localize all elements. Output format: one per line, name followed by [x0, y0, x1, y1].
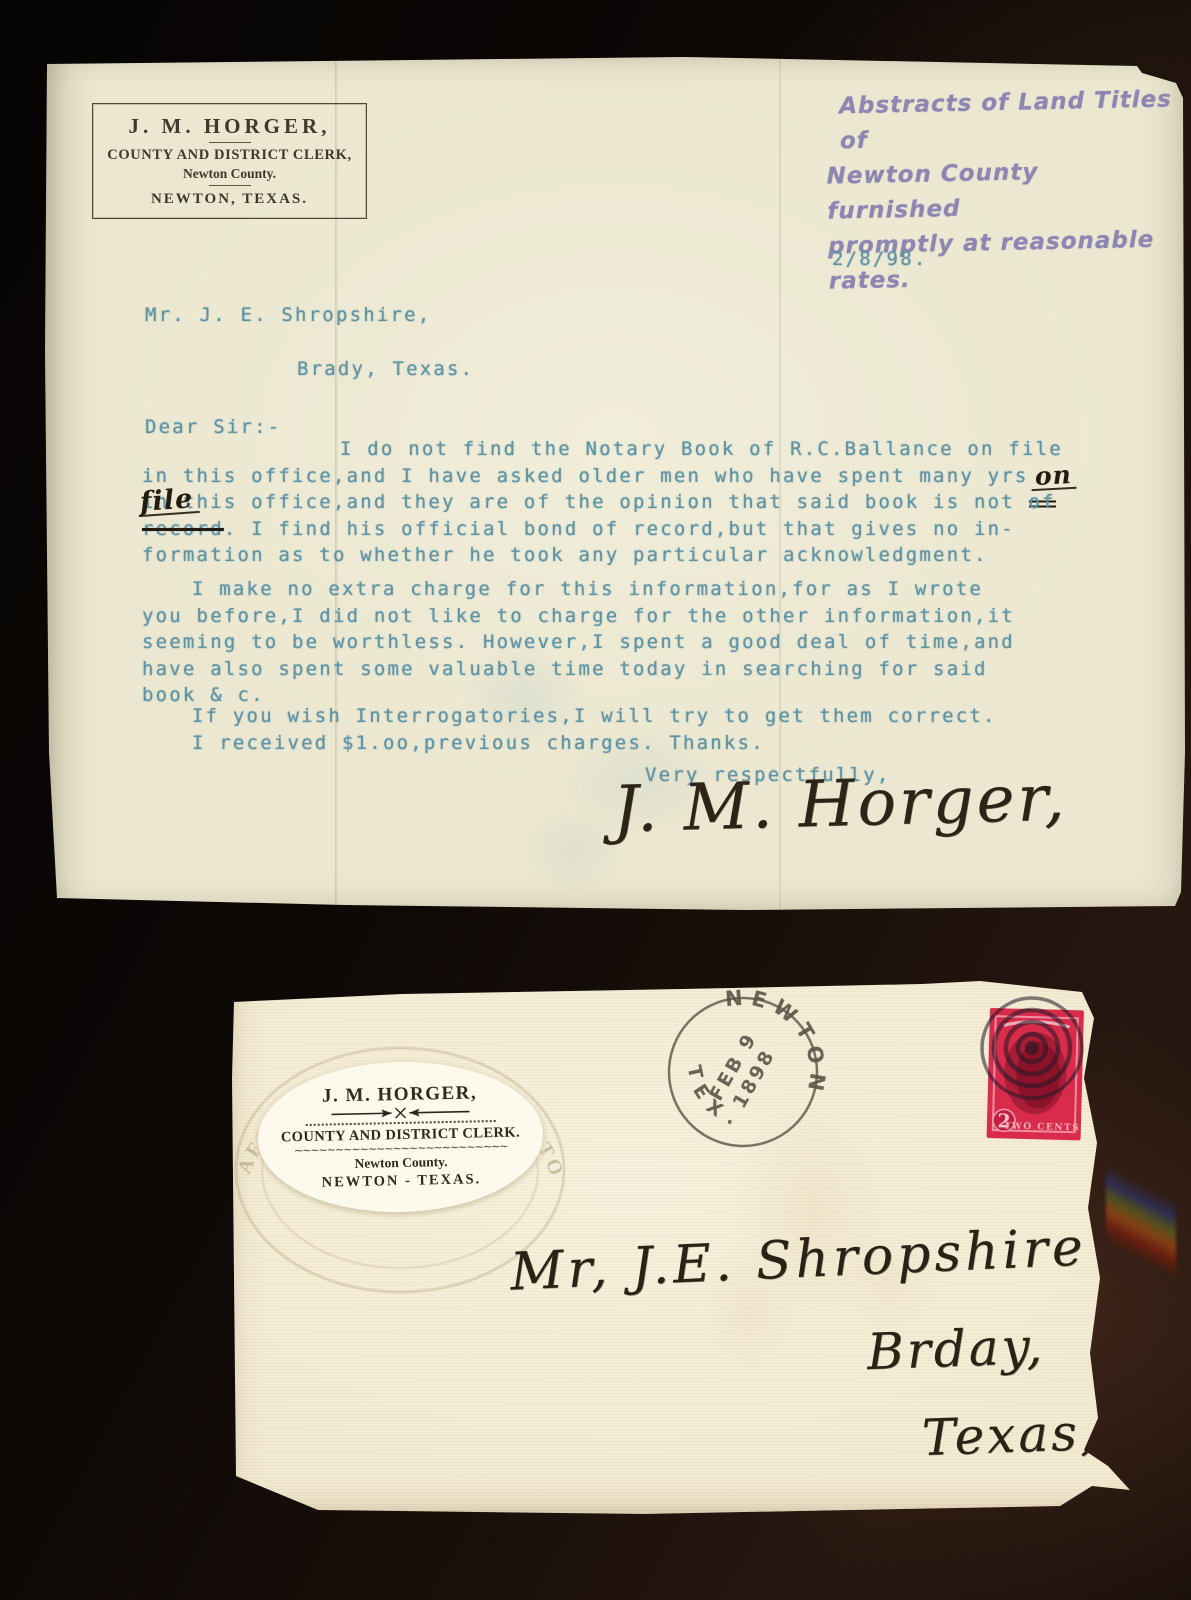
struck-word: record	[142, 518, 224, 540]
recipient-name: Mr. J. E. Shropshire,	[145, 304, 431, 326]
typed-line: I make no extra charge for this informat…	[142, 576, 1142, 603]
recipient-city: Brady, Texas.	[297, 358, 474, 380]
letter-paragraph-2: I make no extra charge for this informat…	[142, 576, 1142, 709]
envelope: AFTER TEN DAYS RETURN TO J. M. HORGER, C…	[222, 958, 1142, 1520]
letter-date: 2/8/98.	[832, 248, 927, 270]
salutation: Dear Sir:-	[145, 416, 281, 438]
typed-text: . I find his official bond of record,but…	[224, 518, 1015, 540]
typed-text: in this office,and they are of the opini…	[142, 491, 1029, 513]
letterhead-box: J. M. HORGER, COUNTY AND DISTRICT CLERK,…	[92, 103, 367, 219]
label-county: Newton County.	[354, 1154, 447, 1172]
typed-line: in this office,and I have asked older me…	[142, 463, 1142, 490]
letterhead-name: J. M. HORGER,	[129, 114, 331, 139]
typed-line: in this office,and they are of the opini…	[142, 489, 1142, 516]
postmark: NEWTON TEX. FEB 9 1898	[648, 977, 838, 1167]
typed-line: If you wish Interrogatories,I will try t…	[142, 703, 1142, 730]
signature-horger: J. M. Horger,	[612, 759, 1174, 848]
letterhead-rule	[209, 185, 251, 186]
typed-line: I do not find the Notary Book of R.C.Bal…	[142, 436, 1142, 463]
typed-line: seeming to be worthless. However,I spent…	[142, 629, 1142, 656]
handwritten-correction: on	[1030, 464, 1076, 491]
envelope-address-state: Texas,	[921, 1403, 1100, 1467]
letter-document: J. M. HORGER, COUNTY AND DISTRICT CLERK,…	[45, 52, 1185, 912]
handwritten-correction: file	[137, 487, 200, 516]
arrow-ornament-icon	[325, 1104, 475, 1121]
stamp-bottom-text: TWO CENTS	[1003, 1121, 1080, 1133]
typed-line: you before,I did not like to charge for …	[142, 603, 1142, 630]
label-name: J. M. HORGER,	[322, 1082, 478, 1107]
letter-paragraph-1: I do not find the Notary Book of R.C.Bal…	[142, 436, 1142, 569]
light-artifact	[1106, 1148, 1176, 1288]
letterhead-title: COUNTY AND DISTRICT CLERK,	[107, 147, 351, 164]
correction-wrap: onof	[1029, 489, 1056, 516]
handstamp-line: Newton County furnished	[826, 152, 1177, 229]
photo-scene: J. M. HORGER, COUNTY AND DISTRICT CLERK,…	[0, 0, 1191, 1600]
letterhead-county: Newton County.	[183, 166, 276, 182]
letterhead-city: NEWTON, TEXAS.	[151, 191, 308, 208]
struck-word: of	[1029, 491, 1056, 513]
correction-wrap: filerecord	[142, 516, 224, 543]
letter-paragraph-3: If you wish Interrogatories,I will try t…	[142, 703, 1142, 756]
letterhead-rule	[209, 142, 251, 143]
envelope-address-city: Brday,	[866, 1317, 1046, 1381]
label-city: NEWTON - TEXAS.	[321, 1171, 481, 1191]
typed-line: have also spent some valuable time today…	[142, 656, 1142, 683]
handstamp-line: Abstracts of Land Titles of	[825, 82, 1176, 159]
typed-line: filerecord. I find his official bond of …	[142, 516, 1142, 543]
wavy-rule: ~~~~~~~~~~~~~~~~~~~~~~~~~~	[294, 1143, 508, 1155]
typed-line: formation as to whether he took any part…	[142, 542, 1142, 569]
postage-stamp: 2 TWO CENTS	[912, 984, 1127, 1169]
typed-line: I received $1.oo,previous charges. Thank…	[142, 730, 1142, 757]
